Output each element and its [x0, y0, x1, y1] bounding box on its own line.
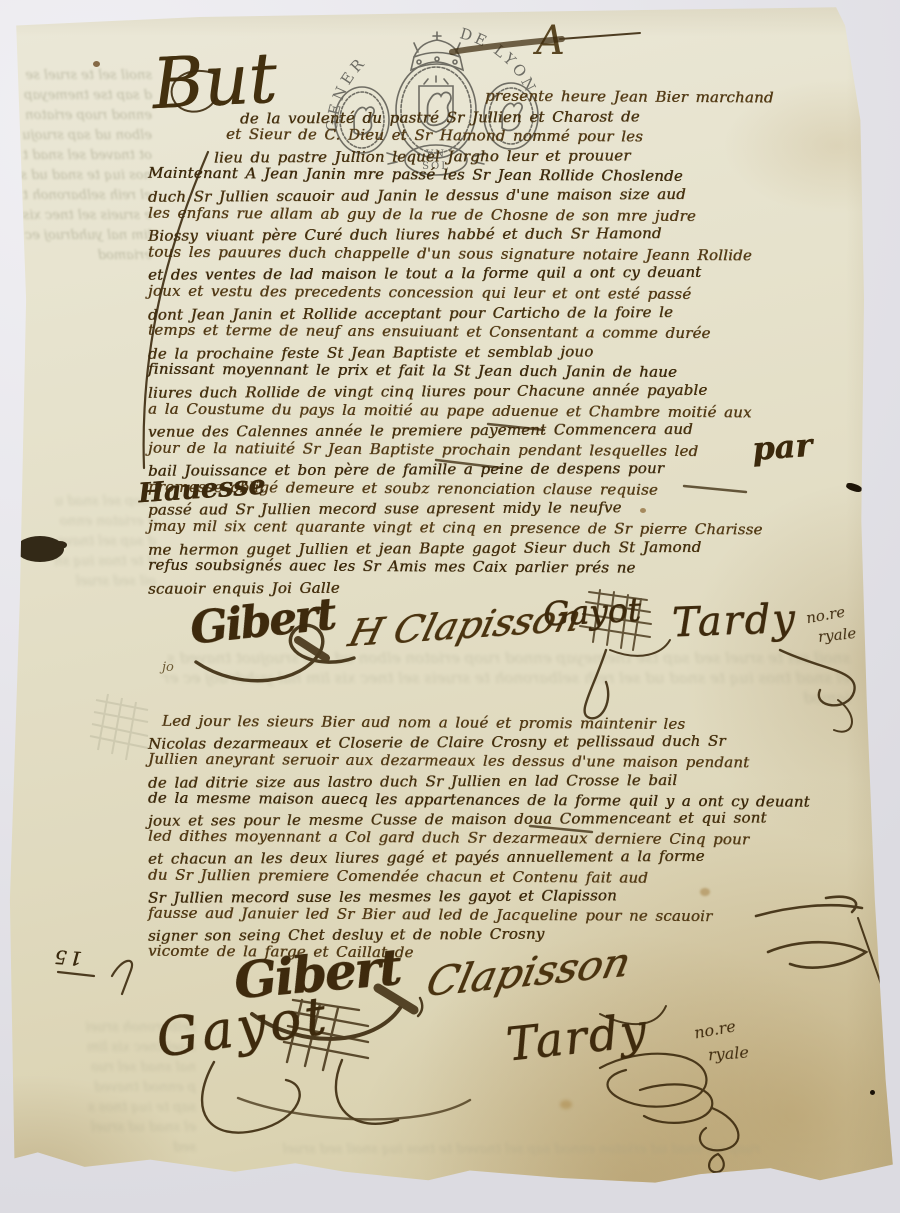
signature-tardy-title-bottom: no.re [693, 1017, 738, 1043]
signature-tardy-title: no.re [805, 603, 847, 628]
inverted-margin-number: 15 [51, 945, 83, 969]
main-text-paragraph-1: presente heure Jean Bier marchand de la … [148, 88, 872, 597]
signature-tardy-bottom: Tardy [504, 1003, 651, 1072]
age-spot [700, 888, 710, 896]
photograph-of-manuscript: snoil sel te sruel sed sap tse tnemeyap … [0, 0, 900, 1213]
age-spot [93, 61, 100, 67]
age-spot [870, 1090, 875, 1095]
bleedthrough-text: snoil sel te sruel sed sap tse tnemeyap … [160, 648, 850, 712]
text-line: presente heure Jean Bier marchand [485, 87, 872, 109]
comma-mark [418, 998, 422, 1016]
signature-tardy-title-bottom: ryale [707, 1043, 749, 1065]
bleedthrough-text: ruop sel snad ud eriaton ennod sap sel t… [200, 1140, 760, 1180]
signature-tardy: Tardy [671, 596, 797, 646]
age-spot [866, 16, 870, 20]
margin-mark-flourish [58, 972, 94, 976]
main-text-paragraph-2: Led jour les sieurs Bier aud nom a loué … [148, 714, 872, 963]
emphasized-word-par: par [751, 426, 813, 468]
age-spot [560, 1100, 572, 1109]
gayot-swirls-bottom [202, 1060, 470, 1133]
marginal-jo-mark: jo [162, 660, 174, 675]
bleedthrough-text: ruop sel snad ud eriaton ennod sap sel t… [52, 492, 156, 772]
manuscript-paper-sheet: snoil sel te sruel sed sap tse tnemeyap … [0, 0, 900, 1213]
bleedthrough-text: snoil sel te sruel sed sap tse tnemeyap … [20, 66, 152, 466]
signature-gayot-bottom: Gayot [153, 986, 334, 1070]
crown-emblem [411, 32, 463, 70]
signature-tardy-title: ryale [817, 624, 857, 646]
margin-mark-flourish [112, 961, 132, 994]
age-spot [640, 508, 646, 513]
top-ink-mark: A [536, 18, 565, 64]
signature-gayot: Gayot [542, 589, 642, 633]
edge-mark [2, 1158, 16, 1162]
top-mark-dash [560, 33, 640, 39]
